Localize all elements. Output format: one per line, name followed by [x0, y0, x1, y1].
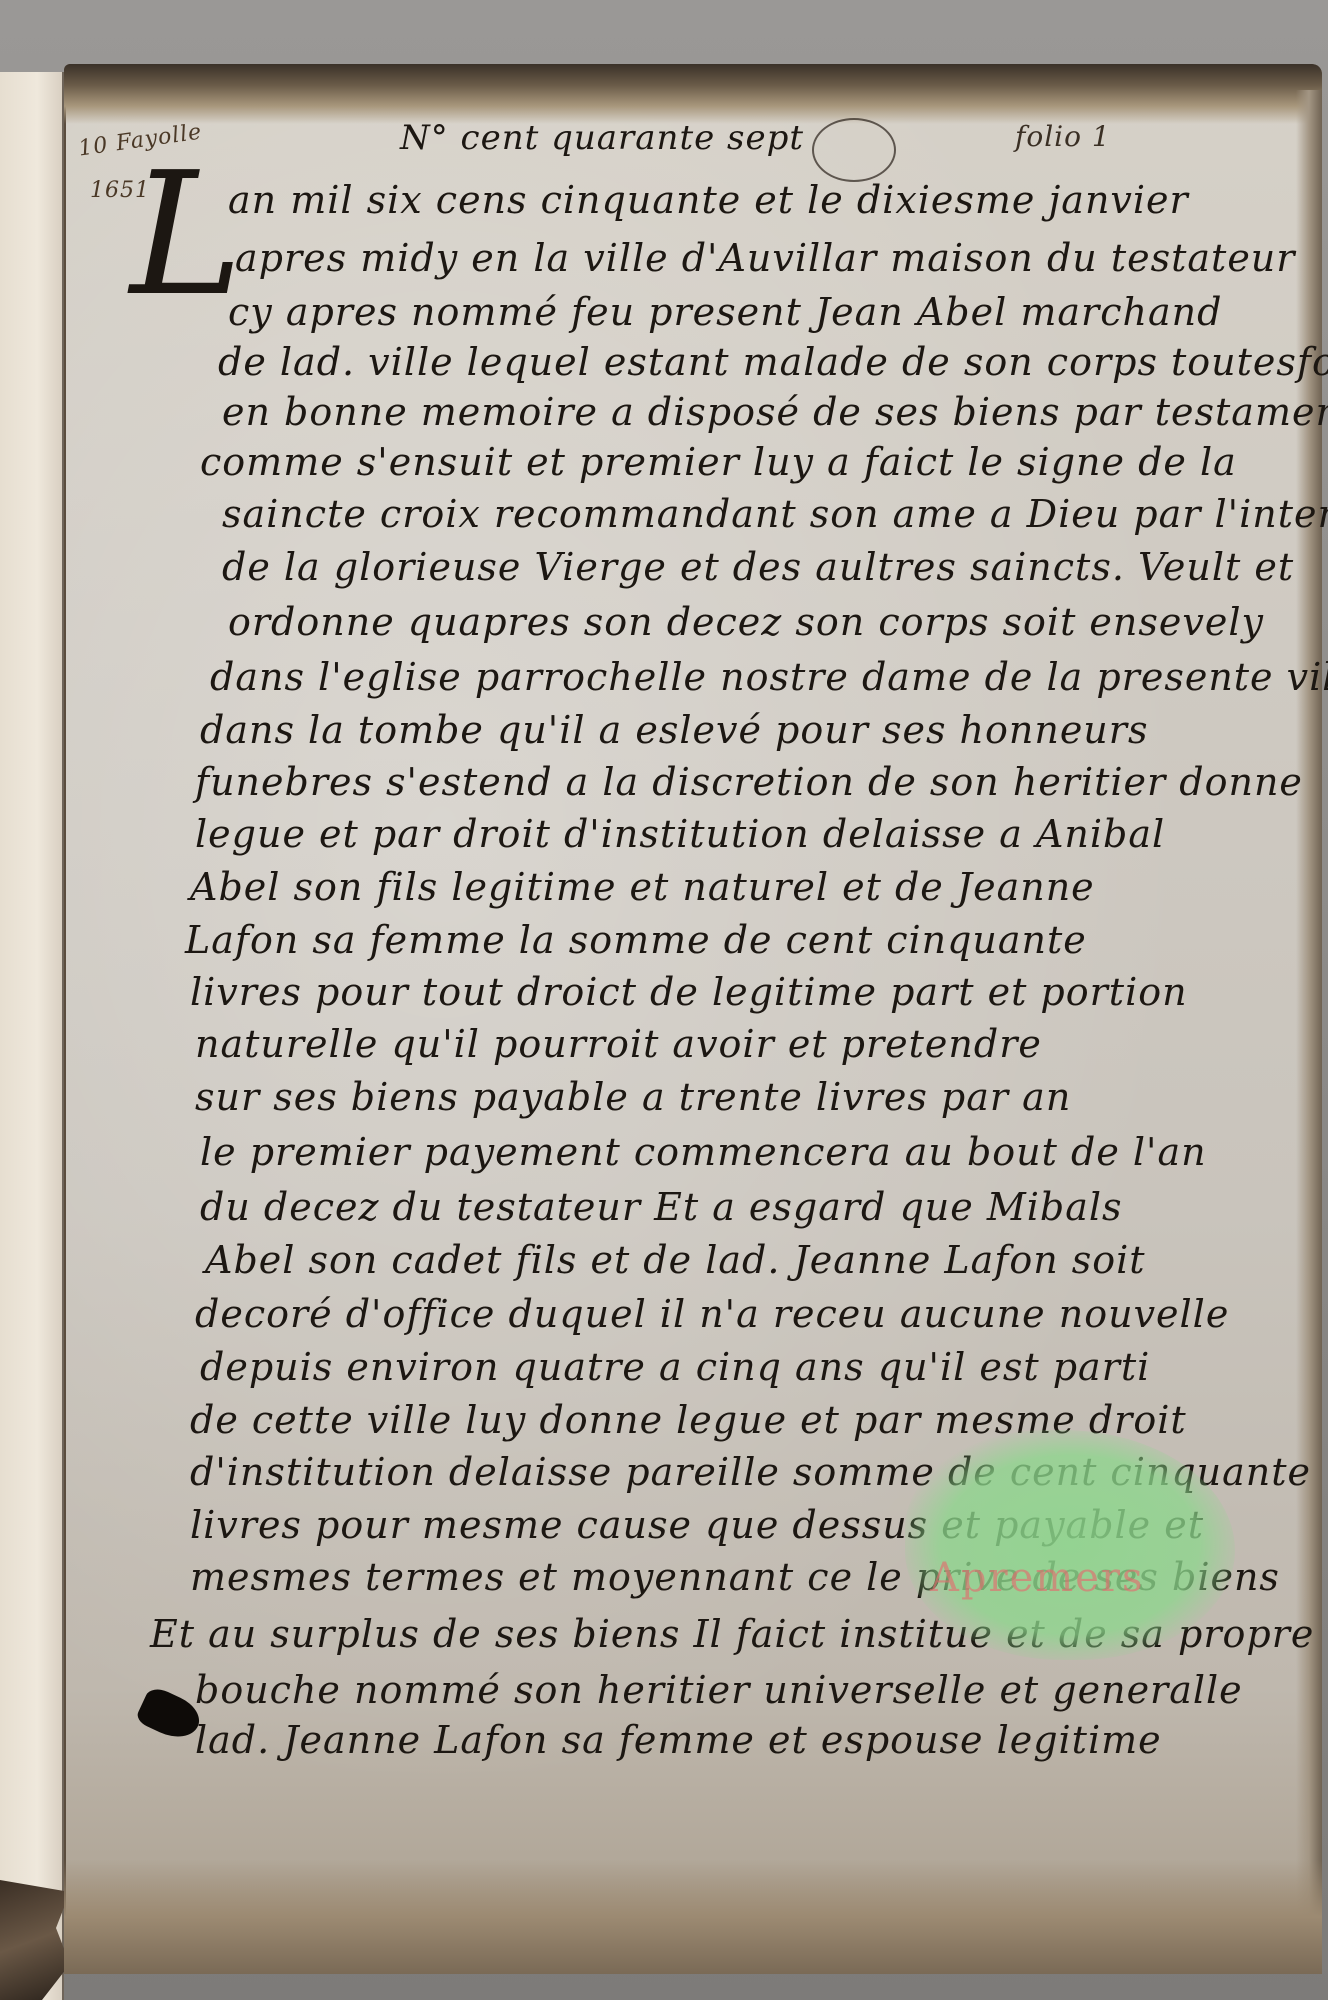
top-edge-stain: [64, 64, 1322, 124]
text-line: lad. Jeanne Lafon sa femme et espouse le…: [195, 1718, 1162, 1762]
facing-page-edge: [0, 72, 64, 2000]
text-line: de la glorieuse Vierge et des aultres sa…: [222, 545, 1294, 589]
text-line: depuis environ quatre a cinq ans qu'il e…: [200, 1345, 1150, 1389]
entry-number: N° cent quarante sept: [400, 118, 804, 158]
text-line: cy apres nommé feu present Jean Abel mar…: [228, 290, 1222, 334]
paraph-flourish-icon: [812, 118, 896, 182]
text-line: dans l'eglise parrochelle nostre dame de…: [210, 655, 1328, 699]
text-line: legue et par droit d'institution delaiss…: [195, 812, 1165, 856]
text-line: Abel son fils legitime et naturel et de …: [190, 865, 1095, 909]
text-line: Abel son cadet fils et de lad. Jeanne La…: [205, 1238, 1146, 1282]
text-line: comme s'ensuit et premier luy a faict le…: [200, 440, 1237, 484]
text-line: du decez du testateur Et a esgard que Mi…: [200, 1185, 1123, 1229]
text-line: Lafon sa femme la somme de cent cinquant…: [185, 918, 1087, 962]
text-line: bouche nommé son heritier universelle et…: [195, 1668, 1243, 1712]
stamp-text: Apremers: [930, 1555, 1145, 1601]
text-line: decoré d'office duquel il n'a receu aucu…: [195, 1292, 1229, 1336]
decorated-initial: L: [130, 150, 243, 320]
text-line: livres pour tout droict de legitime part…: [190, 970, 1188, 1014]
text-line: le premier payement commencera au bout d…: [200, 1130, 1207, 1174]
text-line: saincte croix recommandant son ame a Die…: [222, 492, 1328, 536]
text-line: funebres s'estend a la discretion de son…: [195, 760, 1303, 804]
text-line: an mil six cens cinquante et le dixiesme…: [228, 178, 1189, 222]
text-line: sur ses biens payable a trente livres pa…: [195, 1075, 1071, 1119]
bottom-edge-stain: [64, 1860, 1322, 1974]
text-line: apres midy en la ville d'Auvillar maison…: [235, 236, 1295, 280]
text-line: de lad. ville lequel estant malade de so…: [218, 340, 1328, 384]
folio-number: folio 1: [1015, 120, 1111, 153]
text-line: naturelle qu'il pourroit avoir et preten…: [195, 1022, 1042, 1066]
text-line: en bonne memoire a disposé de ses biens …: [222, 390, 1328, 434]
text-line: dans la tombe qu'il a eslevé pour ses ho…: [200, 708, 1148, 752]
text-line: ordonne quapres son decez son corps soit…: [228, 600, 1264, 644]
